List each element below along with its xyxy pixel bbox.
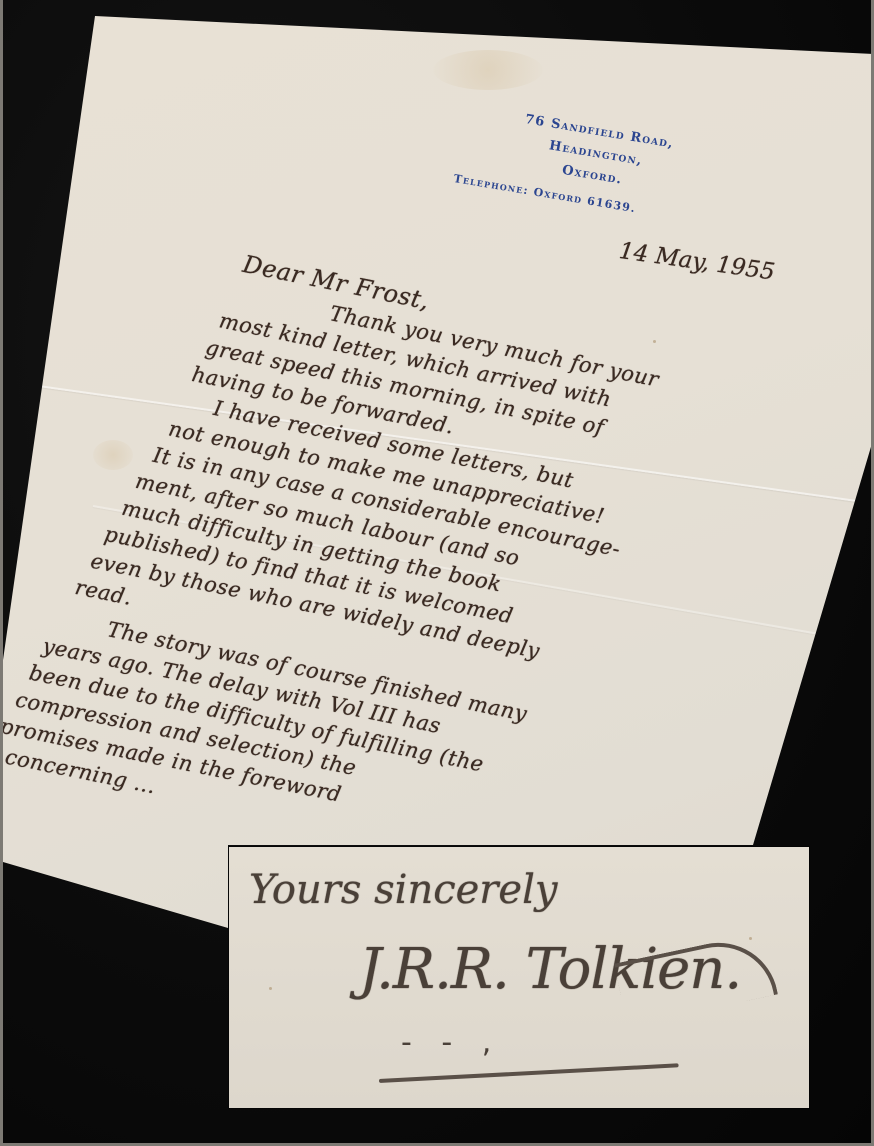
letter-date: 14 May, 1955	[617, 238, 776, 286]
signature-dots: - - ,	[401, 1025, 501, 1060]
paper-speck	[749, 937, 752, 940]
closing-phrase: Yours sincerely	[249, 867, 557, 913]
letter-body: Dear Mr Frost, Thank you very much for y…	[135, 250, 668, 884]
photo-frame: 76 Sandfield Road, Headington, Oxford. T…	[3, 0, 871, 1143]
paper-stain	[93, 440, 133, 470]
signature-underline	[379, 1063, 679, 1083]
signature-inset: Yours sincerely J.R.R. Tolkien. - - ,	[229, 847, 809, 1108]
paper-speck	[269, 987, 272, 990]
paper-stain	[433, 50, 543, 90]
letterhead: 76 Sandfield Road, Headington, Oxford. T…	[458, 100, 730, 234]
